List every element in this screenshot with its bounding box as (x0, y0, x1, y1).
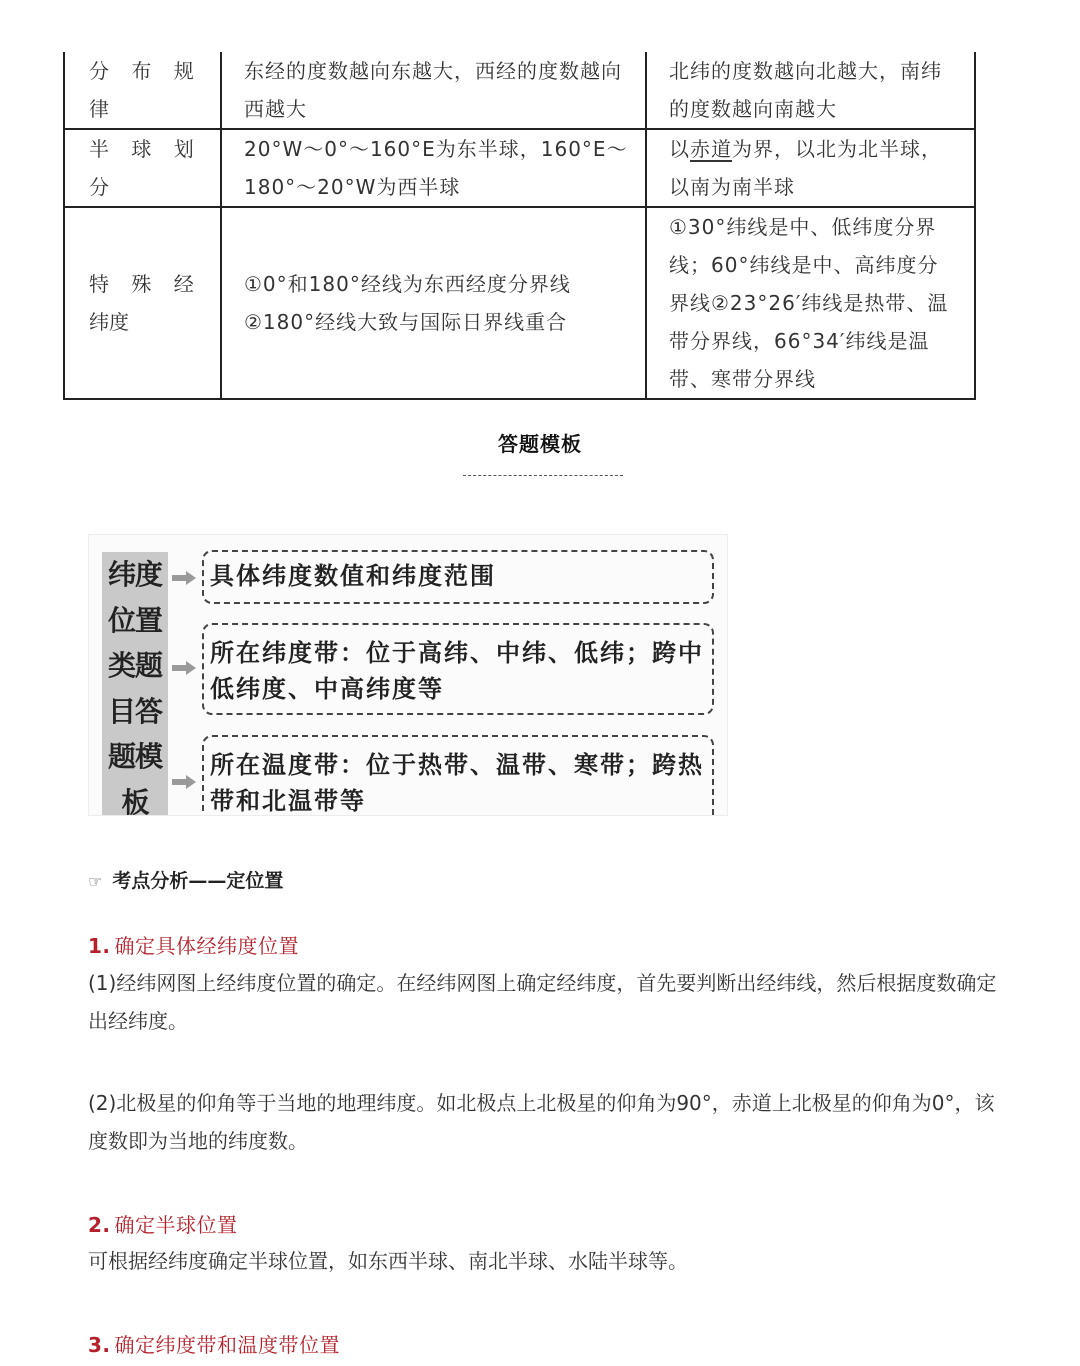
label-line: 目答 (102, 689, 168, 735)
paragraph: 可根据经纬度确定半球位置，如东西半球、南北半球、水陆半球等。 (88, 1242, 1008, 1280)
label-line: 律 (89, 90, 220, 128)
label-line: 位置 (102, 598, 168, 644)
label-line: 分 (89, 168, 220, 206)
dashed-divider (463, 475, 623, 476)
label-line: 纬度 (89, 303, 220, 341)
paragraph: (1)经纬网图上经纬度位置的确定。在经纬网图上确定经纬度，首先要判断出经纬线，然… (88, 964, 1008, 1040)
item-number: 2. (88, 1213, 111, 1237)
template-box-latitude-zone: 所在纬度带：位于高纬、中纬、低纬；跨中低纬度、中高纬度等 (202, 623, 714, 715)
cell-line: ①0°和180°经线为东西经度分界线 (244, 265, 635, 303)
item-title: 确定半球位置 (115, 1213, 238, 1237)
latitude-cell: 北纬的度数越向北越大，南纬的度数越向南越大 (646, 52, 975, 129)
label-line: 题模 (102, 734, 168, 780)
arrow-right-icon (172, 571, 196, 585)
arrow-right-icon (172, 775, 196, 789)
analysis-heading-text: 考点分析——定位置 (112, 870, 283, 892)
longitude-cell: 20°W～0°～160°E为东半球，160°E～180°～20°W为西半球 (221, 129, 646, 207)
subsection-title-2: 2.确定半球位置 (88, 1209, 238, 1238)
latitude-cell: 以赤道为界，以北为北半球，以南为南半球 (646, 129, 975, 207)
label-line: 板 (102, 780, 168, 816)
row-label-distribution: 分 布 规 律 (64, 52, 221, 129)
label-line: 半 球 划 (89, 130, 220, 168)
comparison-table: 分 布 规 律 东经的度数越向东越大，西经的度数越向西越大 北纬的度数越向北越大… (63, 52, 976, 400)
label-line: 纬度 (102, 552, 168, 598)
label-line: 特 殊 经 (89, 265, 220, 303)
latitude-prefix: 以 (669, 137, 690, 161)
table-row: 特 殊 经 纬度 ①0°和180°经线为东西经度分界线 ②180°经线大致与国际… (64, 207, 975, 399)
analysis-heading: ☞考点分析——定位置 (88, 866, 283, 893)
label-line: 类题 (102, 643, 168, 689)
table-row: 分 布 规 律 东经的度数越向东越大，西经的度数越向西越大 北纬的度数越向北越大… (64, 52, 975, 129)
diagram-label-column: 纬度 位置 类题 目答 题模 板 (102, 552, 168, 815)
row-label-special: 特 殊 经 纬度 (64, 207, 221, 399)
latitude-cell: ①30°纬线是中、低纬度分界线；60°纬线是中、高纬度分界线②23°26′纬线是… (646, 207, 975, 399)
paragraph: (2)北极星的仰角等于当地的地理纬度。如北极点上北极星的仰角为90°，赤道上北极… (88, 1084, 1008, 1160)
row-label-hemisphere: 半 球 划 分 (64, 129, 221, 207)
item-title: 确定纬度带和温度带位置 (115, 1333, 341, 1357)
answer-template-diagram: 纬度 位置 类题 目答 题模 板 具体纬度数值和纬度范围 所在纬度带：位于高纬、… (88, 534, 728, 816)
longitude-cell: ①0°和180°经线为东西经度分界线 ②180°经线大致与国际日界线重合 (221, 207, 646, 399)
equator-underlined: 赤道 (690, 137, 732, 161)
item-title: 确定具体经纬度位置 (115, 934, 300, 958)
subsection-title-1: 1.确定具体经纬度位置 (88, 930, 299, 959)
template-box-latitude-value: 具体纬度数值和纬度范围 (202, 550, 714, 604)
pointing-hand-icon: ☞ (88, 872, 102, 891)
longitude-cell: 东经的度数越向东越大，西经的度数越向西越大 (221, 52, 646, 129)
template-box-temperature-zone: 所在温度带：位于热带、温带、寒带；跨热带和北温带等 (202, 735, 714, 815)
item-number: 1. (88, 934, 111, 958)
cell-line: ②180°经线大致与国际日界线重合 (244, 303, 635, 341)
label-line: 分 布 规 (89, 52, 220, 90)
table-row: 半 球 划 分 20°W～0°～160°E为东半球，160°E～180°～20°… (64, 129, 975, 207)
section-title: 答题模板 (0, 428, 1080, 457)
item-number: 3. (88, 1333, 111, 1357)
subsection-title-3: 3.确定纬度带和温度带位置 (88, 1329, 340, 1358)
arrow-right-icon (172, 661, 196, 675)
